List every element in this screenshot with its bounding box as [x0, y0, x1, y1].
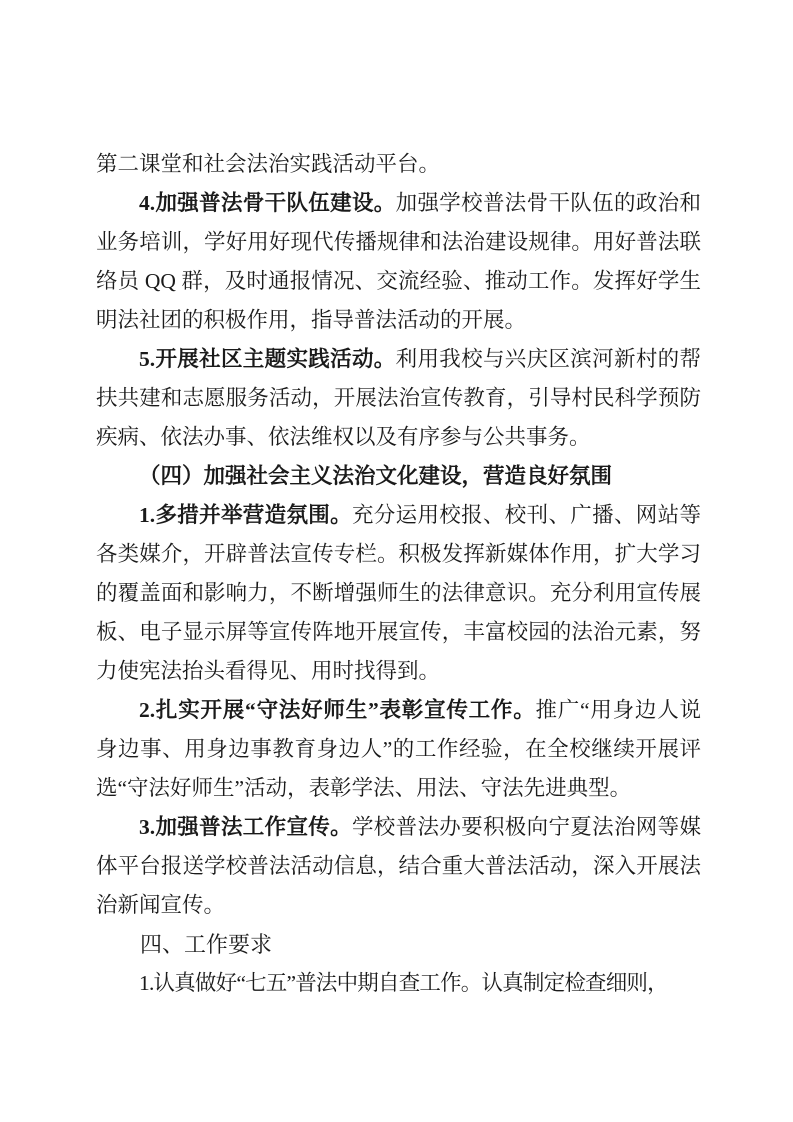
- body-text: 1.认真做好“七五”普法中期自查工作。认真制定检查细则，: [139, 971, 668, 995]
- bold-lead: 4.加强普法骨干队伍建设。: [139, 191, 396, 215]
- bold-lead: 3.加强普法工作宣传。: [139, 815, 352, 839]
- para-self-check-cutoff: 1.认真做好“七五”普法中期自查工作。认真制定检查细则，: [96, 964, 701, 1003]
- document-page: 第二课堂和社会法治实践活动平台。 4.加强普法骨干队伍建设。加强学校普法骨干队伍…: [0, 0, 793, 1122]
- heading-work-requirements: 四、工作要求: [96, 925, 701, 964]
- para-item-2-commendation: 2.扎实开展“守法好师生”表彰宣传工作。推广“用身边人说身边事、用身边事教育身边…: [96, 691, 701, 808]
- heading-text: （四）加强社会主义法治文化建设，营造良好氛围: [139, 464, 612, 488]
- para-item-1-atmosphere: 1.多措并举营造氛围。充分运用校报、校刊、广播、网站等各类媒介，开辟普法宣传专栏…: [96, 496, 701, 691]
- body-text: 充分运用校报、校刊、广播、网站等各类媒介，开辟普法宣传专栏。积极发挥新媒体作用，…: [96, 503, 701, 683]
- para-item-4-puffa-team: 4.加强普法骨干队伍建设。加强学校普法骨干队伍的政治和业务培训，学好用好现代传播…: [96, 184, 701, 340]
- para-item-5-community-practice: 5.开展社区主题实践活动。利用我校与兴庆区滨河新村的帮扶共建和志愿服务活动，开展…: [96, 340, 701, 457]
- heading-text: 四、工作要求: [140, 932, 272, 957]
- body-text: 第二课堂和社会法治实践活动平台。: [96, 152, 440, 176]
- para-continuation: 第二课堂和社会法治实践活动平台。: [96, 145, 701, 184]
- heading-section-four: （四）加强社会主义法治文化建设，营造良好氛围: [96, 457, 701, 496]
- bold-lead: 2.扎实开展“守法好师生”表彰宣传工作。: [139, 698, 535, 722]
- bold-lead: 5.开展社区主题实践活动。: [139, 347, 396, 371]
- bold-lead: 1.多措并举营造氛围。: [139, 503, 352, 527]
- para-item-3-publicity: 3.加强普法工作宣传。学校普法办要积极向宁夏法治网等媒体平台报送学校普法活动信息…: [96, 808, 701, 925]
